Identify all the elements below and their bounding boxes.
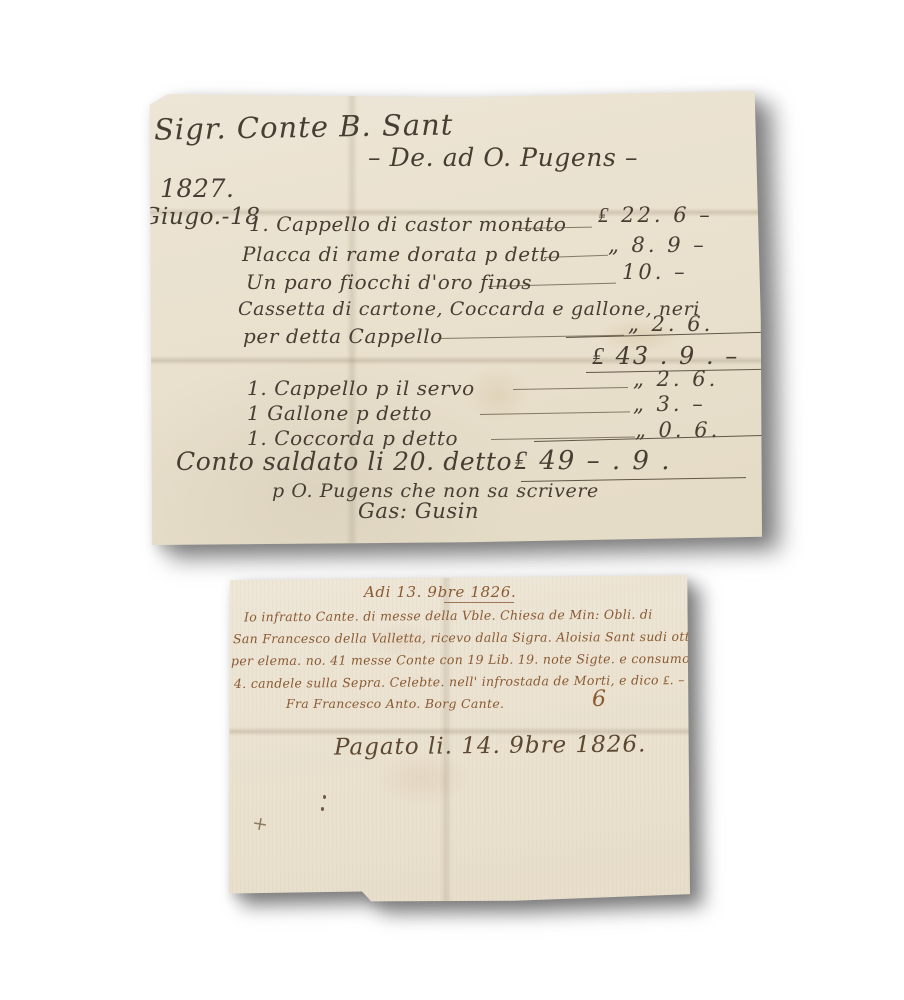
invoice-item-amount: 10. – bbox=[622, 260, 688, 284]
leader-line bbox=[480, 411, 630, 415]
ink-dot bbox=[321, 807, 324, 811]
invoice-item-desc: 1 Gallone p detto bbox=[247, 401, 432, 425]
leader-line bbox=[513, 387, 628, 390]
invoice-item-desc: Un paro fiocchi d'oro finos bbox=[246, 270, 532, 294]
invoice-item-amount: „ 2. 6. bbox=[628, 312, 713, 336]
pencil-mark: + bbox=[250, 812, 270, 837]
invoice-1827-document: Sigr. Conte B. Sant – De. ad O. Pugens –… bbox=[146, 90, 762, 545]
invoice-total: ₤ 49 – . 9 . bbox=[514, 446, 671, 476]
invoice-date: Giugo.-18 bbox=[142, 204, 260, 230]
receipt-1826-document: Adi 13. 9bre 1826. Io infratto Cante. di… bbox=[228, 575, 690, 902]
invoice-item-amount: ₤ 22. 6 – bbox=[598, 203, 713, 228]
receipt-body-line: 4. candele sulla Sepra. Celebte. nell' i… bbox=[234, 672, 696, 692]
invoice-settled-line: Conto saldato li 20. detto bbox=[176, 447, 512, 476]
invoice-year: 1827. bbox=[160, 174, 235, 203]
invoice-item-desc: 1. Cappello di castor montato bbox=[249, 212, 567, 236]
invoice-item-amount: „ 8. 9 – bbox=[608, 233, 707, 257]
receipt-signature-line: Fra Francesco Anto. Borg Cante. bbox=[286, 696, 504, 711]
invoice-item-desc: per detta Cappello bbox=[243, 324, 443, 348]
invoice-signature: Gas: Gusin bbox=[358, 499, 479, 523]
photo-canvas: Sigr. Conte B. Sant – De. ad O. Pugens –… bbox=[0, 0, 904, 1000]
receipt-body-line: per elema. no. 41 messe Conte con 19 Lib… bbox=[231, 651, 707, 668]
receipt-body-line: Io infratto Cante. di messe della Vble. … bbox=[244, 607, 653, 625]
invoice-item-amount: „ 3. – bbox=[633, 392, 706, 416]
receipt-date-header: Adi 13. 9bre 1826. bbox=[364, 583, 516, 601]
invoice-item-desc: Placca di rame dorata p detto bbox=[242, 242, 561, 266]
receipt-body-line: San Francesco della Valletta, ricevo dal… bbox=[233, 629, 698, 646]
invoice-item-amount: „ 2. 6. bbox=[633, 367, 718, 391]
receipt-paid-line: Pagato li. 14. 9bre 1826. bbox=[334, 731, 647, 760]
receipt-paper: Adi 13. 9bre 1826. Io infratto Cante. di… bbox=[228, 575, 690, 902]
invoice-debit-line: – De. ad O. Pugens – bbox=[368, 143, 638, 172]
invoice-addressee: Sigr. Conte B. Sant bbox=[154, 107, 454, 146]
header-underline bbox=[444, 602, 514, 603]
invoice-item-desc: 1. Cappello p il servo bbox=[247, 376, 475, 400]
receipt-flourish: 6 bbox=[592, 687, 607, 712]
invoice-paper: Sigr. Conte B. Sant – De. ad O. Pugens –… bbox=[146, 90, 762, 545]
ink-dot bbox=[323, 795, 326, 799]
